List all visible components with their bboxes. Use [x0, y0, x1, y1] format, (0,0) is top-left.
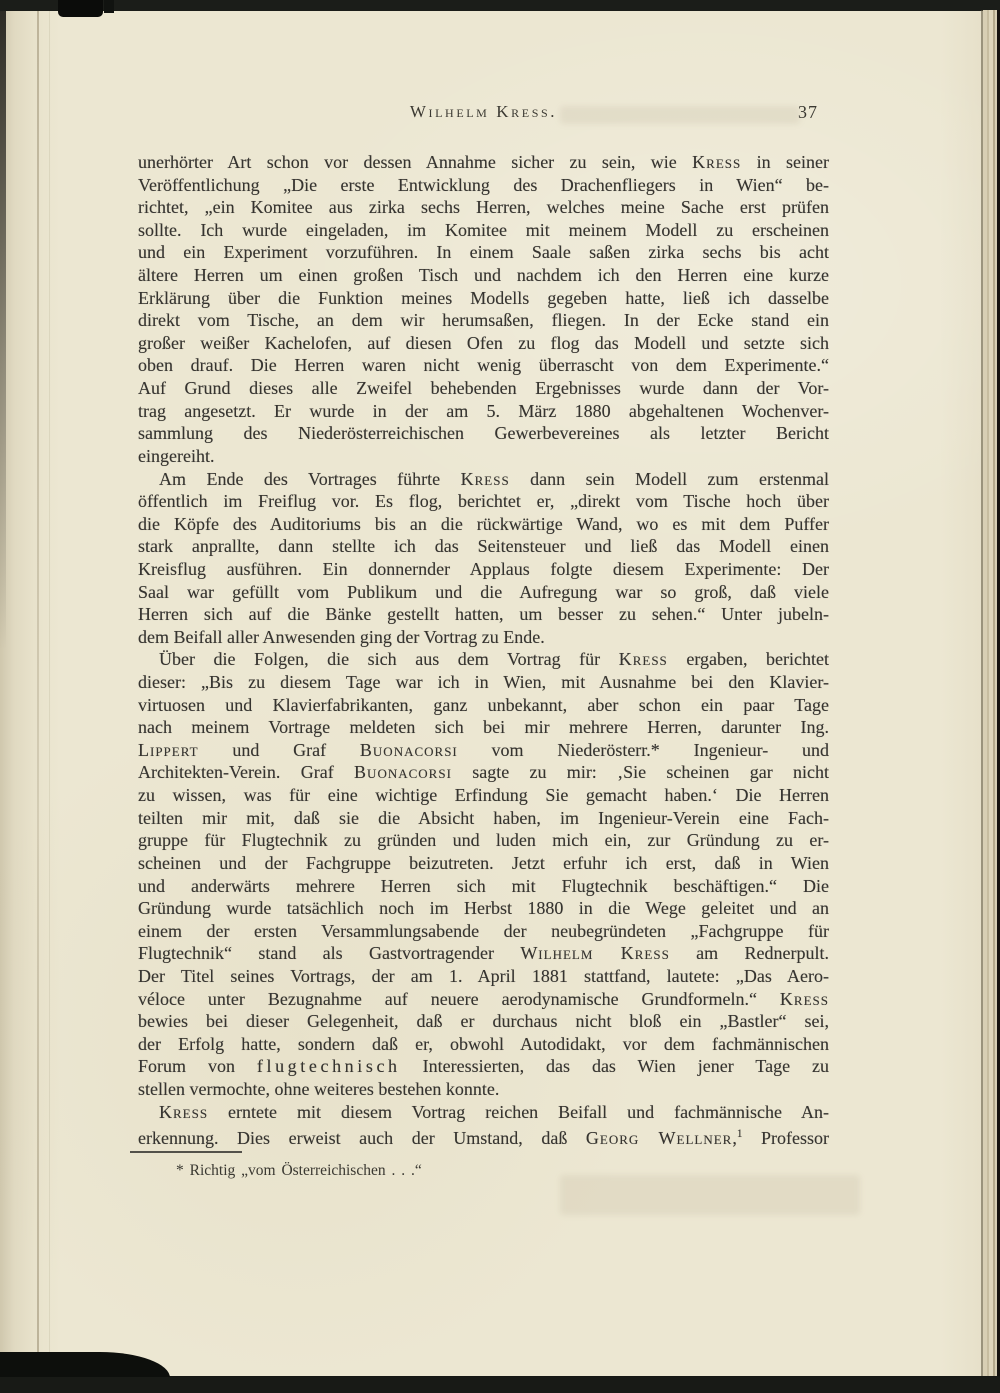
text-line: Kress erntete mit diesem Vortrag reichen…: [138, 1101, 829, 1124]
gutter-shadow: [0, 10, 6, 650]
text-line: großer weißer Kachelofen, auf diesen Ofe…: [138, 332, 829, 355]
text-line: Lippert und Graf Buonacorsi vom Niederös…: [138, 739, 829, 762]
page-number: 37: [798, 99, 818, 125]
small-caps-name: Wilhelm Kress: [520, 943, 670, 963]
text-line: Am Ende des Vortrages führte Kress dann …: [138, 468, 829, 491]
running-head-title: Wilhelm Kress.: [138, 99, 829, 125]
text-line: einem der ersten Versammlungsabende der …: [138, 920, 829, 943]
binding-tab-small: [104, 0, 114, 13]
text-line: und ein Experiment vorzuführen. In einem…: [138, 241, 829, 264]
small-caps-name: Georg Wellner: [586, 1128, 732, 1148]
text-line: Erklärung über die Funktion meines Model…: [138, 287, 829, 310]
text-line: Auf Grund dieses alle Zweifel behebenden…: [138, 377, 829, 400]
footnote-reference: 1: [737, 1128, 743, 1140]
text-line: nach meinem Vortrage meldeten sich bei m…: [138, 716, 829, 739]
text-line: Architekten-Verein. Graf Buonacorsi sagt…: [138, 761, 829, 784]
text-line: Kreisflug ausführen. Ein donnernder Appl…: [138, 558, 829, 581]
text-line: öffentlich im Freiflug vor. Es flog, ber…: [138, 490, 829, 513]
text-line: trag angesetzt. Er wurde in der am 5. Mä…: [138, 400, 829, 423]
text-line: ältere Herren um einen großen Tisch und …: [138, 264, 829, 287]
text-line: gruppe für Flugtechnik zu gründen und lu…: [138, 829, 829, 852]
text-line: Gründung wurde tatsächlich noch im Herbs…: [138, 897, 829, 920]
small-caps-name: Buonacorsi: [360, 740, 458, 760]
text-line: stellen vermochte, ohne weiteres bestehe…: [138, 1078, 829, 1101]
footnote-rule: [130, 1151, 242, 1153]
page-header: Wilhelm Kress. 37: [138, 99, 829, 125]
small-caps-name: Kress: [619, 649, 668, 669]
text-line: oben drauf. Die Herren waren nicht wenig…: [138, 354, 829, 377]
footnote: * Richtig „vom Österreichischen . . .“: [138, 1160, 829, 1182]
small-caps-name: Kress: [692, 152, 741, 172]
text-line: die Köpfe des Auditoriums bis an die rüc…: [138, 513, 829, 536]
text-line: Flugtechnik“ stand als Gastvortragender …: [138, 942, 829, 965]
text-line: scheinen und der Fachgruppe beizutreten.…: [138, 852, 829, 875]
scanned-book-page: Wilhelm Kress. 37 unerhörter Art schon v…: [0, 0, 1000, 1393]
small-caps-name: Kress: [780, 989, 829, 1009]
text-line: stark anprallte, dann stellte ich das Se…: [138, 535, 829, 558]
text-line: direkt vom Tische, an dem wir herumsaßen…: [138, 309, 829, 332]
text-line: und anderwärts mehrere Herren sich mit F…: [138, 875, 829, 898]
page-edge-stack: [981, 10, 1000, 1376]
text-line: teilten mir mit, daß sie die Absicht hab…: [138, 807, 829, 830]
text-line: der Erfolg hatte, sondern daß er, obwohl…: [138, 1033, 829, 1056]
text-line: unerhörter Art schon vor dessen Annahme …: [138, 151, 829, 174]
text-line: bewies bei dieser Gelegenheit, daß er du…: [138, 1010, 829, 1033]
small-caps-name: Kress: [461, 469, 510, 489]
small-caps-name: Kress: [159, 1102, 208, 1122]
text-line: Der Titel seines Vortrags, der am 1. Apr…: [138, 965, 829, 988]
binding-tab: [58, 0, 103, 17]
text-line: véloce unter Bezugnahme auf neuere aerod…: [138, 988, 829, 1011]
text-line: erkennung. Dies erweist auch der Umstand…: [138, 1123, 829, 1146]
page-crease-line: [37, 10, 39, 1376]
text-line: sollte. Ich wurde eingeladen, im Komitee…: [138, 219, 829, 242]
text-line: virtuosen und Klavierfabrikanten, ganz u…: [138, 694, 829, 717]
text-line: dem Beifall aller Anwesenden ging der Vo…: [138, 626, 829, 649]
scanner-top-border: [0, 0, 1000, 11]
text-line: Saal war gefüllt vom Publikum und die Au…: [138, 581, 829, 604]
text-line: Forum von flugtechnisch Interessierten, …: [138, 1055, 829, 1078]
text-line: zu wissen, was für eine wichtige Erfindu…: [138, 784, 829, 807]
text-line: eingereiht.: [138, 445, 829, 468]
scanner-bottom-border: [0, 1377, 1000, 1393]
text-line: Herren sich auf die Bänke gestellt hatte…: [138, 603, 829, 626]
small-caps-name: Lippert: [138, 740, 199, 760]
body-text: unerhörter Art schon vor dessen Annahme …: [138, 151, 829, 1146]
text-line: sammlung des Niederösterreichischen Gewe…: [138, 422, 829, 445]
page-crease-line-2: [49, 10, 50, 1376]
letterspaced-text: flugtechnisch: [257, 1056, 401, 1076]
text-line: Über die Folgen, die sich aus dem Vortra…: [138, 648, 829, 671]
text-line: richtet, „ein Komitee aus zirka sechs He…: [138, 196, 829, 219]
small-caps-name: Buonacorsi: [354, 762, 452, 782]
text-line: Veröffentlichung „Die erste Entwicklung …: [138, 174, 829, 197]
text-line: dieser: „Bis zu diesem Tage war ich in W…: [138, 671, 829, 694]
